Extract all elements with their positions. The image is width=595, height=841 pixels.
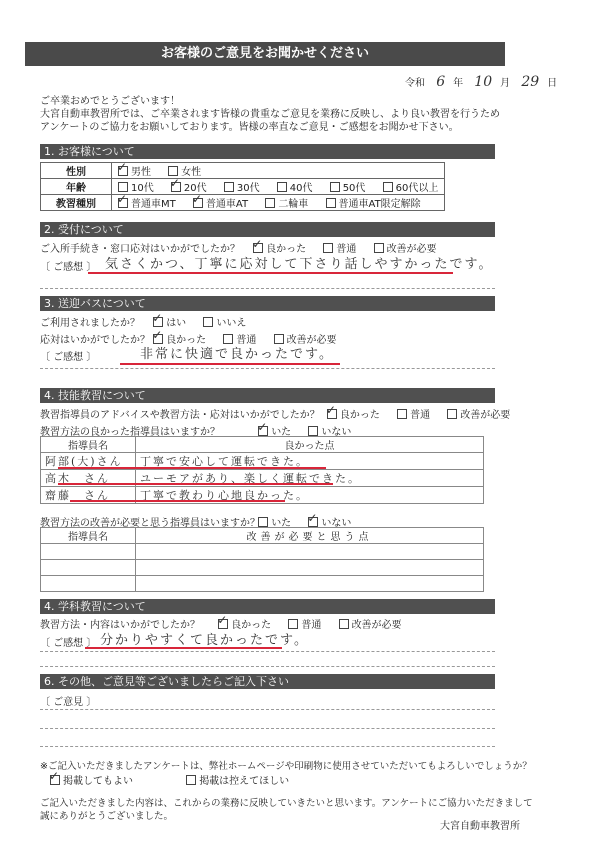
checkbox-icon bbox=[258, 517, 268, 527]
checkbox-icon bbox=[253, 243, 263, 253]
checkbox-icon bbox=[277, 182, 287, 192]
checkbox-icon bbox=[265, 198, 275, 208]
checkbox-icon bbox=[288, 619, 298, 629]
improve-instructor-table: 指導員名 改善が必要と思う点 bbox=[40, 527, 484, 592]
page-title: お客様のご意見をお聞かせください bbox=[25, 42, 505, 66]
course-row: 教習種別 普通車MT 普通車AT 二輪車 普通車AT限定解除 bbox=[41, 195, 445, 211]
checkbox-icon bbox=[50, 775, 60, 785]
course-at-checkbox[interactable]: 普通車AT bbox=[193, 199, 248, 210]
skill-normal-checkbox[interactable]: 普通 bbox=[397, 410, 430, 421]
age-40s-checkbox[interactable]: 40代 bbox=[277, 183, 313, 194]
checkbox-icon bbox=[218, 619, 228, 629]
divider bbox=[40, 651, 495, 652]
highlight-underline bbox=[120, 363, 340, 365]
divider bbox=[40, 368, 495, 369]
checkbox-icon bbox=[323, 243, 333, 253]
checkbox-icon bbox=[203, 317, 213, 327]
section4-header: 4. 技能教習について bbox=[40, 388, 495, 403]
checkbox-icon bbox=[224, 182, 234, 192]
gender-options: 男性 女性 bbox=[112, 163, 445, 179]
checkbox-icon bbox=[118, 198, 128, 208]
checkbox-icon bbox=[330, 182, 340, 192]
instructor-name[interactable] bbox=[41, 560, 136, 576]
highlight-underline bbox=[85, 647, 282, 649]
reception-comment[interactable]: 気さくかつ、丁寧に応対して下さり話しやすかったです。 bbox=[105, 253, 493, 272]
instructor-name[interactable] bbox=[41, 576, 136, 592]
checkbox-icon bbox=[339, 619, 349, 629]
lecture-comment[interactable]: 分かりやすくて良かったです。 bbox=[100, 629, 309, 648]
year-unit: 年 bbox=[453, 78, 463, 89]
section2-header: 2. 受付について bbox=[40, 222, 495, 237]
column-header: 指導員名 bbox=[41, 528, 136, 544]
divider bbox=[40, 728, 495, 729]
skill-question-row: 教習指導員のアドバイスや教習方法・応対はいかがでしたか？ 良かった 普通 改善が… bbox=[40, 406, 524, 421]
bus-service-question: 応対はいかがでしたか？ bbox=[40, 331, 150, 346]
option-label: 女性 bbox=[181, 167, 201, 178]
option-label: 普通車AT限定解除 bbox=[339, 199, 421, 210]
option-label: 二輪車 bbox=[278, 199, 308, 210]
bus-comment-label: 〔 ご感想 〕 bbox=[40, 348, 96, 363]
course-motorcycle-checkbox[interactable]: 二輪車 bbox=[265, 199, 308, 210]
publish-question: ※ご記入いただきましたアンケートは、弊社ホームページや印刷物に使用させていただい… bbox=[40, 758, 532, 772]
highlight-underline bbox=[88, 272, 453, 274]
gender-male-checkbox[interactable]: 男性 bbox=[118, 167, 151, 178]
option-label: 30代 bbox=[237, 183, 260, 194]
option-label: 改善が必要 bbox=[352, 620, 402, 631]
option-label: 普通 bbox=[410, 410, 430, 421]
good-instructor-table: 指導員名 良かった点 阿部(大)さん 丁寧で安心して運転できた。 高木 さん ユ… bbox=[40, 436, 484, 504]
section5-header: 4. 学科教習について bbox=[40, 599, 495, 614]
option-label: 改善が必要 bbox=[460, 410, 510, 421]
highlight-underline bbox=[70, 500, 285, 502]
course-at-limit-checkbox[interactable]: 普通車AT限定解除 bbox=[326, 199, 421, 210]
instructor-improve-point[interactable] bbox=[136, 576, 484, 592]
customer-info-table: 性別 男性 女性 年齢 10代 20代 30代 40代 50代 60代以上 教習… bbox=[40, 162, 445, 211]
checkbox-icon bbox=[171, 182, 181, 192]
instructor-improve-point[interactable] bbox=[136, 560, 484, 576]
intro-text: ご卒業おめでとうございます！ 大宮自動車教習所では、ご卒業されます皆様の貴重なご… bbox=[40, 95, 500, 134]
checkbox-icon bbox=[168, 166, 178, 176]
bus-use-no-checkbox[interactable]: いいえ bbox=[203, 318, 246, 329]
divider bbox=[40, 746, 495, 747]
checkbox-icon bbox=[118, 166, 128, 176]
section6-header: 6. その他、ご意見等ございましたらご記入下さい bbox=[40, 674, 495, 689]
checkbox-icon bbox=[397, 409, 407, 419]
course-mt-checkbox[interactable]: 普通車MT bbox=[118, 199, 176, 210]
gender-row: 性別 男性 女性 bbox=[41, 163, 445, 179]
checkbox-icon bbox=[193, 198, 203, 208]
skill-improve-checkbox[interactable]: 改善が必要 bbox=[447, 410, 510, 421]
closing-line1: ご記入いただきました内容は、これからの業務に反映していきたいと思います。アンケー… bbox=[40, 795, 533, 809]
age-options: 10代 20代 30代 40代 50代 60代以上 bbox=[112, 179, 445, 195]
bus-use-question: ご利用されましたか？ bbox=[40, 314, 150, 329]
skill-good-checkbox[interactable]: 良かった bbox=[327, 410, 380, 421]
checkbox-icon bbox=[153, 317, 163, 327]
course-options: 普通車MT 普通車AT 二輪車 普通車AT限定解除 bbox=[112, 195, 445, 211]
date-day[interactable]: 29 bbox=[521, 74, 539, 90]
divider bbox=[40, 666, 495, 667]
checkbox-icon bbox=[118, 182, 128, 192]
checkbox-icon bbox=[258, 426, 268, 436]
highlight-underline bbox=[58, 483, 333, 485]
column-header: 指導員名 bbox=[41, 437, 136, 453]
age-row: 年齢 10代 20代 30代 40代 50代 60代以上 bbox=[41, 179, 445, 195]
table-header: 指導員名 改善が必要と思う点 bbox=[41, 528, 484, 544]
checkbox-icon bbox=[327, 409, 337, 419]
section1-header: 1. お客様について bbox=[40, 144, 495, 159]
skill-question: 教習指導員のアドバイスや教習方法・応対はいかがでしたか？ bbox=[40, 410, 320, 421]
month-unit: 月 bbox=[500, 78, 510, 89]
date-era: 令和 bbox=[405, 78, 425, 89]
option-label: 掲載は控えてほしい bbox=[199, 776, 289, 787]
bus-comment[interactable]: 非常に快適で良かったです。 bbox=[140, 343, 334, 362]
option-label: 掲載してもよい bbox=[63, 776, 133, 787]
course-label: 教習種別 bbox=[41, 195, 112, 211]
option-label: はい bbox=[166, 318, 186, 329]
age-60s-checkbox[interactable]: 60代以上 bbox=[383, 183, 439, 194]
column-header: 改善が必要と思う点 bbox=[136, 528, 484, 544]
bus-use-row: ご利用されましたか？ はい いいえ bbox=[40, 314, 260, 329]
checkbox-icon bbox=[447, 409, 457, 419]
signature: 大宮自動車教習所 bbox=[440, 817, 520, 832]
option-label: 普通車MT bbox=[131, 199, 176, 210]
date-field: 令和 6年 10月 29日 bbox=[405, 74, 557, 90]
checkbox-icon bbox=[374, 243, 384, 253]
column-header: 良かった点 bbox=[136, 437, 484, 453]
checkbox-icon bbox=[186, 775, 196, 785]
age-30s-checkbox[interactable]: 30代 bbox=[224, 183, 260, 194]
publish-ok-checkbox[interactable]: 掲載してもよい bbox=[50, 776, 133, 787]
age-50s-checkbox[interactable]: 50代 bbox=[330, 183, 366, 194]
option-label: 50代 bbox=[343, 183, 366, 194]
instructor-name[interactable] bbox=[41, 544, 136, 560]
closing-line2: 誠にありがとうございました。 bbox=[40, 808, 173, 822]
checkbox-icon bbox=[308, 426, 318, 436]
date-year[interactable]: 6 bbox=[436, 74, 445, 90]
checkbox-icon bbox=[308, 517, 318, 527]
intro-line: アンケートのご協力をお願いしております。皆様の率直なご意見・ご感想をお聞かせ下さ… bbox=[40, 121, 500, 134]
lecture-improve-checkbox[interactable]: 改善が必要 bbox=[339, 620, 402, 631]
table-row bbox=[41, 544, 484, 560]
table-header: 指導員名 良かった点 bbox=[41, 437, 484, 453]
table-row bbox=[41, 560, 484, 576]
divider bbox=[40, 288, 495, 289]
highlight-underline bbox=[58, 467, 326, 469]
age-label: 年齢 bbox=[41, 179, 112, 195]
table-row bbox=[41, 576, 484, 592]
option-label: 良かった bbox=[340, 410, 380, 421]
intro-line: ご卒業おめでとうございます！ bbox=[40, 95, 500, 108]
option-label: 男性 bbox=[131, 167, 151, 178]
option-label: いいえ bbox=[216, 318, 246, 329]
reception-comment-label: 〔 ご感想 〕 bbox=[40, 258, 96, 273]
day-unit: 日 bbox=[547, 78, 557, 89]
section3-header: 3. 送迎バスについて bbox=[40, 296, 495, 311]
date-month[interactable]: 10 bbox=[474, 74, 492, 90]
publish-options-row: 掲載してもよい 掲載は控えてほしい bbox=[50, 772, 303, 787]
gender-label: 性別 bbox=[41, 163, 112, 179]
checkbox-icon bbox=[326, 198, 336, 208]
instructor-improve-point[interactable] bbox=[136, 544, 484, 560]
divider bbox=[40, 709, 495, 710]
publish-decline-checkbox[interactable]: 掲載は控えてほしい bbox=[186, 776, 289, 787]
option-label: 40代 bbox=[290, 183, 313, 194]
other-comment-label: 〔 ご意見 〕 bbox=[40, 693, 96, 708]
intro-line: 大宮自動車教習所では、ご卒業されます皆様の貴重なご意見を業務に反映し、より良い教… bbox=[40, 108, 500, 121]
option-label: 10代 bbox=[131, 183, 154, 194]
option-label: 普通車AT bbox=[206, 199, 248, 210]
checkbox-icon bbox=[383, 182, 393, 192]
option-label: 60代以上 bbox=[396, 183, 439, 194]
